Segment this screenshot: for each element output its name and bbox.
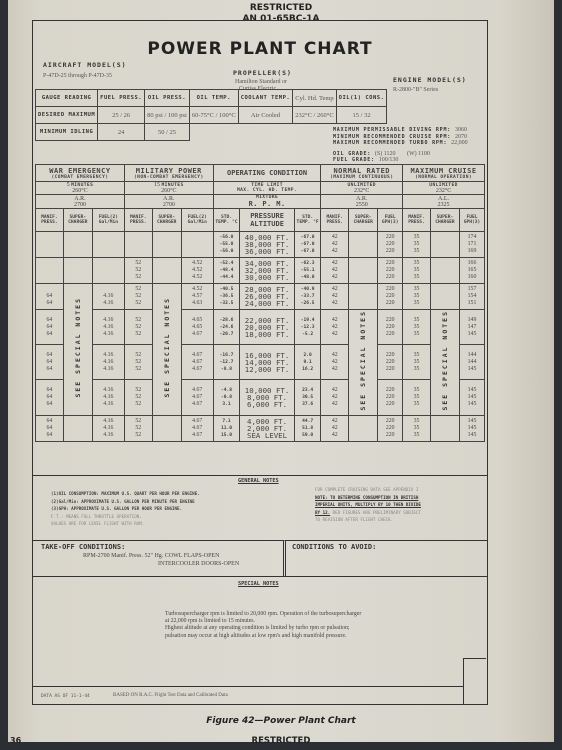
nr-manif-header: MANIF. PRESS. bbox=[321, 209, 349, 232]
nr-super-header: SUPER-CHARGER bbox=[349, 209, 378, 232]
pressure-altitude: 28,000 FT.26,000 FT.24,000 FT. bbox=[240, 284, 295, 310]
mc-manif-press: 353535 bbox=[403, 258, 431, 284]
nr-fuel: 220220220 bbox=[378, 232, 403, 258]
cruise-time-temp: UNLIMITED232°C bbox=[403, 182, 485, 195]
std-temp-f: 44.751.859.0 bbox=[294, 415, 320, 441]
war-time-temp: 5 MINUTES260°C bbox=[36, 182, 125, 195]
war-manif-header: MANIF. PRESS. bbox=[36, 209, 64, 232]
fuel-press-desired: 25 / 26 bbox=[98, 107, 145, 124]
nr-fuel: 220220220 bbox=[378, 258, 403, 284]
mc-fuel: 174171169 bbox=[459, 232, 484, 258]
mil-manif-press: 525252 bbox=[124, 380, 152, 415]
aircraft-model-label: AIRCRAFT MODEL(S) bbox=[43, 61, 127, 69]
mil-manif-press: 525252 bbox=[124, 284, 152, 310]
std-temp-c: -56.0-55.0-56.0 bbox=[213, 232, 239, 258]
war-emergency-header: WAR EMERGENCY(COMBAT EMERGENCY) bbox=[36, 165, 125, 182]
normal-rated-header: NORMAL RATED(MAXIMUM CONTINUOUS) bbox=[321, 165, 403, 182]
power-plant-chart: POWER PLANT CHART AIRCRAFT MODEL(S) P-47… bbox=[32, 20, 488, 705]
mc-manif-press: 353535 bbox=[403, 415, 431, 441]
mc-fuel: 145145145 bbox=[459, 380, 484, 415]
pressure-altitude: 10,000 FT.8,000 FT.6,000 FT. bbox=[240, 380, 295, 415]
altitude-row-group: 6464644.164.164.165252524.674.674.677.11… bbox=[36, 415, 485, 441]
desired-maximum-label: DESIRED MAXIMUM bbox=[36, 107, 98, 124]
mc-manif-press: 353535 bbox=[403, 380, 431, 415]
coolant-temp-header: COOLANT TEMP. bbox=[238, 90, 293, 107]
war-fuel bbox=[92, 258, 124, 284]
operating-conditions-table: WAR EMERGENCY(COMBAT EMERGENCY) MILITARY… bbox=[35, 164, 485, 442]
std-temp-f: 23.430.537.6 bbox=[294, 380, 320, 415]
cruise-rpm-value: 2070 bbox=[455, 134, 467, 140]
general-notes: GENERAL NOTES (1)OIL CONSUMPTION: MAXIMU… bbox=[33, 475, 487, 541]
minimum-idling-label: MINIMUM IDLING bbox=[36, 124, 98, 141]
mil-fuel: 4.674.674.67 bbox=[181, 345, 213, 380]
nr-fuel: 220220220 bbox=[378, 310, 403, 345]
altitude-row-group: -56.0-55.0-56.040,000 FT.38,000 FT.36,00… bbox=[36, 232, 485, 258]
war-manif-press: 646464 bbox=[36, 310, 64, 345]
cyl-head-temp-header: Cyl. Hd. Temp bbox=[293, 90, 336, 107]
oil-grade-label: OIL GRADE: bbox=[333, 151, 371, 157]
mc-fuel: 145145145 bbox=[459, 415, 484, 441]
nr-manif-press: 424242 bbox=[321, 232, 349, 258]
aircraft-model-value: P-47D-25 through P-47D-35 bbox=[43, 73, 112, 79]
oil-temp-header: OIL TEMP. bbox=[189, 90, 238, 107]
war-super-header: SUPER-CHARGER bbox=[63, 209, 92, 232]
oil-grade-summer: (S) 1120 bbox=[375, 151, 396, 157]
nr-manif-press: 424242 bbox=[321, 310, 349, 345]
mil-super-header: SUPER-CHARGER bbox=[152, 209, 181, 232]
fuel-grade-value: 100/130 bbox=[379, 157, 399, 163]
std-temp-c: -52.4-48.4-44.4 bbox=[213, 258, 239, 284]
gauge-header: GAUGE READING bbox=[36, 90, 98, 107]
mc-manif-press: 353535 bbox=[403, 284, 431, 310]
turbo-rpm-label: MAXIMUM RECOMMENDED TURBO RPM: bbox=[333, 140, 447, 146]
mil-fuel: 4.674.674.67 bbox=[181, 380, 213, 415]
nr-manif-press: 424242 bbox=[321, 415, 349, 441]
war-supercharger bbox=[63, 232, 92, 258]
mil-supercharger bbox=[152, 258, 181, 284]
pressure-altitude: 16,000 FT.14,000 FT.12,000 FT. bbox=[240, 345, 295, 380]
std-temp-c-header: STD. TEMP. °C bbox=[213, 209, 239, 232]
classification-top: RESTRICTED bbox=[8, 3, 554, 13]
std-temp-f: -67.0-67.0-67.0 bbox=[294, 232, 320, 258]
altitude-row-group: 6464644.164.164.165252524.674.674.67-16.… bbox=[36, 345, 485, 380]
nr-manif-press: 424242 bbox=[321, 380, 349, 415]
chart-title: POWER PLANT CHART bbox=[33, 39, 487, 59]
war-manif-press: 646464 bbox=[36, 415, 64, 441]
mil-manif-press: 525252 bbox=[124, 258, 152, 284]
nr-manif-press: 424242 bbox=[321, 284, 349, 310]
coolant-desired: Air Cooled bbox=[238, 107, 293, 124]
mc-fuel: 157154151 bbox=[459, 284, 484, 310]
fuel-grade-label: FUEL GRADE: bbox=[333, 157, 375, 163]
std-temp-f: -19.4-12.3-5.2 bbox=[294, 310, 320, 345]
military-power-header: MILITARY POWER(NON-COMBAT EMERGENCY) bbox=[124, 165, 213, 182]
rpm-limits: MAXIMUM PERMISSABLE DIVING RPM: 3060 MIN… bbox=[333, 127, 468, 164]
propeller-value-1: Hamilton Standard or bbox=[235, 79, 287, 85]
nr-fuel: 220220220 bbox=[378, 380, 403, 415]
std-temp-c: -40.5-36.5-32.5 bbox=[213, 284, 239, 310]
oil-grade-winter: (W) 1100 bbox=[407, 151, 430, 157]
mc-see-special-notes: SEE SPECIAL NOTES bbox=[430, 310, 459, 416]
normal-mixture-rpm: A.R.2550 bbox=[321, 195, 403, 209]
pressure-altitude: 4,000 FT.2,000 FT.SEA LEVEL bbox=[240, 415, 295, 441]
manual-page: RESTRICTED AN 01-65BC-1A POWER PLANT CHA… bbox=[8, 0, 554, 742]
war-fuel: 4.164.16 bbox=[92, 284, 124, 310]
mc-supercharger bbox=[430, 284, 459, 310]
altitude-row-group: 5252524.524.524.52-52.4-48.4-44.434,000 … bbox=[36, 258, 485, 284]
operating-condition-header: OPERATING CONDITION bbox=[213, 165, 321, 182]
mil-supercharger bbox=[152, 232, 181, 258]
nr-supercharger bbox=[349, 415, 378, 441]
war-mixture-rpm: A.R.2700 bbox=[36, 195, 125, 209]
war-manif-press bbox=[36, 232, 64, 258]
mil-manif-press: 525252 bbox=[124, 345, 152, 380]
oil-press-desired: 80 psi / 100 psi bbox=[145, 107, 190, 124]
chart-footer: DATA AS OF 11-1-44 BASED ON R.A.C. Fligh… bbox=[33, 686, 463, 705]
mil-fuel: 4.654.654.67 bbox=[181, 310, 213, 345]
engine-model-value: R-2800-"B" Series bbox=[393, 87, 438, 93]
special-notes: SPECIAL NOTES Turbosupercharger rpm is l… bbox=[33, 576, 487, 687]
nr-supercharger bbox=[349, 232, 378, 258]
cruise-mixture-rpm: A.L.2325 bbox=[403, 195, 485, 209]
nr-supercharger bbox=[349, 258, 378, 284]
special-notes-text: Turbosupercharger rpm is limited to 20,0… bbox=[165, 611, 365, 640]
oil-press-idling: 50 / 25 bbox=[145, 124, 190, 141]
altitude-row-group: 6464SEE SPECIAL NOTES 4.164.16525252SEE … bbox=[36, 284, 485, 310]
nr-fuel: 220220220 bbox=[378, 284, 403, 310]
war-fuel: 4.164.164.16 bbox=[92, 380, 124, 415]
nr-manif-press: 424242 bbox=[321, 258, 349, 284]
mc-manif-press: 353535 bbox=[403, 345, 431, 380]
war-supercharger bbox=[63, 415, 92, 441]
takeoff-line-1: RPM-2700 Manif. Press. 52" Hg. COWL FLAP… bbox=[83, 553, 219, 559]
military-mixture-rpm: A.R.2700 bbox=[124, 195, 213, 209]
mc-manif-press: 353535 bbox=[403, 232, 431, 258]
mc-fuel: 149147145 bbox=[459, 310, 484, 345]
approval-stamp bbox=[463, 658, 486, 705]
nr-see-special-notes: SEE SPECIAL NOTES bbox=[349, 310, 378, 416]
war-manif-press: 6464 bbox=[36, 284, 64, 310]
takeoff-title: TAKE-OFF CONDITIONS: bbox=[41, 543, 125, 551]
engine-model-label: ENGINE MODEL(S) bbox=[393, 76, 467, 84]
altitude-row-group: 6464644.164.164.165252524.654.654.67-28.… bbox=[36, 310, 485, 345]
cyl-head-desired: 232°C / 260°C bbox=[293, 107, 336, 124]
oil-cons-header: OIL(1) CONS. bbox=[336, 90, 387, 107]
nr-manif-press: 424242 bbox=[321, 345, 349, 380]
std-temp-c: -16.7-12.7-8.8 bbox=[213, 345, 239, 380]
mil-see-special-notes: SEE SPECIAL NOTES bbox=[152, 284, 181, 416]
takeoff-line-2: INTERCOOLER DOORS-OPEN bbox=[158, 561, 239, 567]
maximum-cruise-header: MAXIMUM CRUISE(NORMAL OPERATION) bbox=[403, 165, 485, 182]
mc-fuel: 166165160 bbox=[459, 258, 484, 284]
normal-time-temp: UNLIMITED232°C bbox=[321, 182, 403, 195]
propeller-label: PROPELLER(S) bbox=[233, 69, 292, 77]
conditions-to-avoid: CONDITIONS TO AVOID: bbox=[286, 540, 487, 577]
mc-manif-header: MANIF. PRESS. bbox=[403, 209, 431, 232]
war-manif-press bbox=[36, 258, 64, 284]
turbo-rpm-value: 22,000 bbox=[451, 140, 468, 146]
war-see-special-notes: SEE SPECIAL NOTES bbox=[63, 284, 92, 416]
fuel-press-idling: 24 bbox=[98, 124, 145, 141]
general-notes-title: GENERAL NOTES bbox=[238, 478, 279, 484]
mil-fuel-header: FUEL(2) Gal/Min bbox=[181, 209, 213, 232]
classification-bottom: RESTRICTED bbox=[8, 736, 554, 746]
war-fuel: 4.164.164.16 bbox=[92, 415, 124, 441]
military-time-temp: 15 MINUTES260°C bbox=[124, 182, 213, 195]
based-on: BASED ON R.A.C. Flight Test Data and Cal… bbox=[113, 693, 228, 698]
mixture-rpm-label: MIXTURER. P. M. bbox=[213, 195, 321, 209]
std-temp-f: -40.9-33.7-26.5 bbox=[294, 284, 320, 310]
mc-supercharger bbox=[430, 258, 459, 284]
std-temp-f-header: STD. TEMP. °F bbox=[294, 209, 320, 232]
war-fuel: 4.164.164.16 bbox=[92, 345, 124, 380]
war-fuel bbox=[92, 232, 124, 258]
mil-manif-press: 525252 bbox=[124, 415, 152, 441]
nr-fuel: 220220220 bbox=[378, 415, 403, 441]
special-notes-title: SPECIAL NOTES bbox=[238, 581, 279, 587]
mc-manif-press: 353535 bbox=[403, 310, 431, 345]
fuel-press-header: FUEL PRESS. bbox=[98, 90, 145, 107]
mil-fuel: 4.674.674.67 bbox=[181, 415, 213, 441]
std-temp-c: 7.111.015.0 bbox=[213, 415, 239, 441]
std-temp-f: 2.09.116.2 bbox=[294, 345, 320, 380]
mil-manif-header: MANIF. PRESS. bbox=[124, 209, 152, 232]
mc-fuel: 144144145 bbox=[459, 345, 484, 380]
mc-supercharger bbox=[430, 415, 459, 441]
pressure-altitude: 40,000 FT.38,000 FT.36,000 FT. bbox=[240, 232, 295, 258]
data-as-of: DATA AS OF 11-1-44 bbox=[41, 694, 90, 699]
mil-manif-press bbox=[124, 232, 152, 258]
mc-super-header: SUPER-CHARGER bbox=[430, 209, 459, 232]
war-manif-press: 646464 bbox=[36, 345, 64, 380]
mil-supercharger bbox=[152, 415, 181, 441]
general-notes-right: FOR COMPLETE CRUISING DATA SEE APPENDIX … bbox=[315, 486, 421, 524]
nr-supercharger bbox=[349, 284, 378, 310]
nr-fuel: 220220220 bbox=[378, 345, 403, 380]
oil-cons-desired: 15 / 32 bbox=[336, 107, 387, 124]
nr-fuel-header: FUEL GPH(3) bbox=[378, 209, 403, 232]
std-temp-c: -28.6-24.6-20.7 bbox=[213, 310, 239, 345]
diving-rpm-label: MAXIMUM PERMISSABLE DIVING RPM: bbox=[333, 127, 451, 133]
avoid-title: CONDITIONS TO AVOID: bbox=[292, 543, 376, 551]
std-temp-c: -4.8-0.83.1 bbox=[213, 380, 239, 415]
takeoff-conditions: TAKE-OFF CONDITIONS: RPM-2700 Manif. Pre… bbox=[33, 540, 286, 577]
diving-rpm-value: 3060 bbox=[455, 127, 467, 133]
mil-fuel: 4.524.574.63 bbox=[181, 284, 213, 310]
pressure-altitude: 34,000 FT.32,000 FT.30,000 FT. bbox=[240, 258, 295, 284]
pressure-altitude: 22,000 FT.20,000 FT.18,000 FT. bbox=[240, 310, 295, 345]
mc-supercharger bbox=[430, 232, 459, 258]
war-fuel: 4.164.164.16 bbox=[92, 310, 124, 345]
war-supercharger bbox=[63, 258, 92, 284]
war-fuel-header: FUEL(2) Gal/Min bbox=[92, 209, 124, 232]
figure-caption: Figure 42—Power Plant Chart bbox=[8, 716, 554, 726]
mil-manif-press: 525252 bbox=[124, 310, 152, 345]
oil-press-header: OIL PRESS. bbox=[145, 90, 190, 107]
mc-fuel-header: FUEL GPH(3) bbox=[459, 209, 484, 232]
oil-temp-desired: 60-75°C / 100°C bbox=[189, 107, 238, 124]
time-limit-label: TIME LIMITMAX. CYL. HD. TEMP. bbox=[213, 182, 321, 195]
pressure-altitude-header: PRESSURE ALTITUDE bbox=[240, 209, 295, 232]
cruise-rpm-label: MINIMUM RECOMMENDED CRUISE RPM: bbox=[333, 134, 451, 140]
mil-fuel: 4.524.524.52 bbox=[181, 258, 213, 284]
war-manif-press: 646464 bbox=[36, 380, 64, 415]
general-notes-left: (1)OIL CONSUMPTION: MAXIMUM U.S. QUART P… bbox=[51, 490, 200, 528]
mil-fuel bbox=[181, 232, 213, 258]
std-temp-f: -62.3-55.1-48.0 bbox=[294, 258, 320, 284]
altitude-row-group: 6464644.164.164.165252524.674.674.67-4.8… bbox=[36, 380, 485, 415]
